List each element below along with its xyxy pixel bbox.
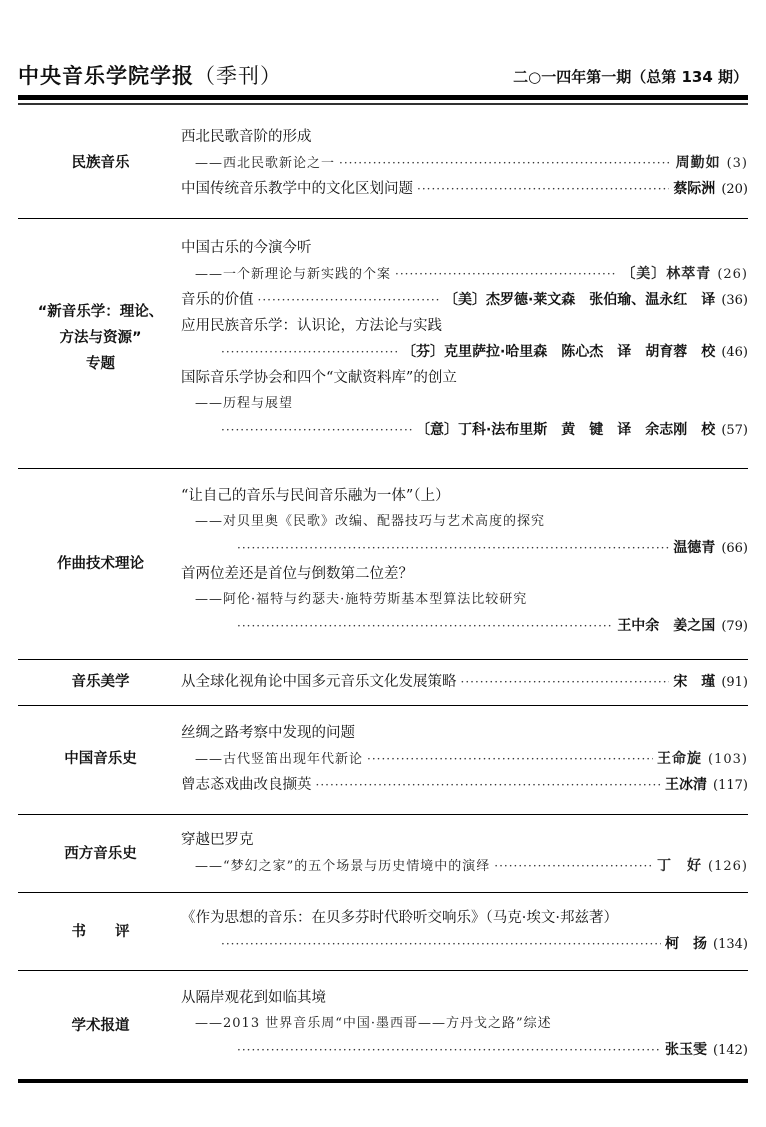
entry-title[interactable]: 从隔岸观花到如临其境 <box>181 985 748 1011</box>
subtitle-text: ——历程与展望 <box>195 396 293 411</box>
section-label: 音乐美学 <box>18 671 183 693</box>
page-number: (36) <box>721 288 748 314</box>
toc-entry[interactable]: 〔意〕丁科·法布里斯 黄 键 译 余志刚 校(57) <box>181 417 748 443</box>
leader-dots <box>258 287 440 313</box>
toc-entry[interactable]: 从全球化视角论中国多元音乐文化发展策略宋 瑾(91) <box>181 669 748 695</box>
page-number: (3) <box>727 151 748 177</box>
entry-title[interactable]: 中国古乐的今演今听 <box>181 235 748 261</box>
toc-entry[interactable]: 音乐的价值〔美〕杰罗德·莱文森 张伯瑜、温永红 译(36) <box>181 287 748 313</box>
leader-dots <box>316 772 662 798</box>
title-text: 《作为思想的音乐：在贝多芬时代聆听交响乐》（马克·埃文·邦兹著） <box>181 910 618 926</box>
leader-dots <box>339 150 672 176</box>
journal-name: 中央音乐学院学报 <box>18 64 194 88</box>
leader-dots <box>395 261 617 287</box>
section-label-line: “新音乐学：理论、 <box>18 299 183 325</box>
entry-title[interactable]: “让自己的音乐与民间音乐融为一体”（上） <box>181 483 748 509</box>
page-number: (91) <box>721 670 748 696</box>
leader-dots <box>237 613 613 639</box>
author: 张玉雯 <box>665 1037 707 1063</box>
section-label: 民族音乐 <box>18 152 183 174</box>
toc-entry[interactable]: 〔芬〕克里萨拉·哈里森 陈心杰 译 胡育蓉 校(46) <box>181 339 748 365</box>
subtitle-text: ——一个新理论与新实践的个案 <box>195 262 391 288</box>
leader-dots <box>221 931 661 957</box>
author: 温德青 <box>673 535 715 561</box>
entry-subtitle[interactable]: ——对贝里奥《民歌》改编、配器技巧与艺术高度的探究 <box>181 509 748 535</box>
section-music-aesthetics: 音乐美学 从全球化视角论中国多元音乐文化发展策略宋 瑾(91) <box>18 660 748 706</box>
author: 柯 扬 <box>665 931 707 957</box>
entry-title[interactable]: 丝绸之路考察中发现的问题 <box>181 720 748 746</box>
leader-dots <box>494 853 653 879</box>
toc-entry[interactable]: ——一个新理论与新实践的个案〔美〕林萃青(26) <box>181 261 748 287</box>
page-number: (134) <box>713 932 748 958</box>
section-composition-theory: 作曲技术理论 “让自己的音乐与民间音乐融为一体”（上） ——对贝里奥《民歌》改编… <box>18 469 748 660</box>
entry-title[interactable]: 穿越巴罗克 <box>181 827 748 853</box>
section-label-line: 专题 <box>18 351 183 377</box>
section-academic-reports: 学术报道 从隔岸观花到如临其境 ——2013 世界音乐周“中国·墨西哥——方丹戈… <box>18 971 748 1083</box>
entry-subtitle[interactable]: ——阿伦·福特与约瑟夫·施特劳斯基本型算法比较研究 <box>181 587 748 613</box>
toc-entry[interactable]: 柯 扬(134) <box>181 931 748 957</box>
entry-subtitle[interactable]: ——2013 世界音乐周“中国·墨西哥——方丹戈之路”综述 <box>181 1011 748 1037</box>
page-number: (126) <box>708 854 748 880</box>
leader-dots <box>221 339 398 365</box>
page-number: (20) <box>721 177 748 203</box>
title-text: 丝绸之路考察中发现的问题 <box>181 725 355 741</box>
subtitle-text: ——阿伦·福特与约瑟夫·施特劳斯基本型算法比较研究 <box>195 592 527 607</box>
author: 蔡际洲 <box>673 176 715 202</box>
section-label: 书 评 <box>18 921 183 943</box>
title-text: 首两位差还是首位与倒数第二位差？ <box>181 566 413 582</box>
page-number: (46) <box>721 340 748 366</box>
toc-entry[interactable]: 曾志忞戏曲改良撷英王冰清(117) <box>181 772 748 798</box>
section-entries: 从隔岸观花到如临其境 ——2013 世界音乐周“中国·墨西哥——方丹戈之路”综述… <box>181 985 748 1063</box>
section-entries: 《作为思想的音乐：在贝多芬时代聆听交响乐》（马克·埃文·邦兹著） 柯 扬(134… <box>181 905 748 957</box>
entry-subtitle[interactable]: ——历程与展望 <box>181 391 748 417</box>
leader-dots <box>221 417 412 443</box>
page-number: (142) <box>713 1038 748 1064</box>
author: 王命旋 <box>657 746 702 772</box>
subtitle-text: ——“梦幻之家”的五个场景与历史情境中的演绎 <box>195 854 490 880</box>
issue-number: 二○一四年第一期（总第 134 期） <box>513 66 748 87</box>
leader-dots <box>417 176 669 202</box>
section-entries: 中国古乐的今演今听 ——一个新理论与新实践的个案〔美〕林萃青(26) 音乐的价值… <box>181 235 748 443</box>
section-entries: 穿越巴罗克 ——“梦幻之家”的五个场景与历史情境中的演绎丁 好(126) <box>181 827 748 879</box>
page-header: 中央音乐学院学报（季刊） 二○一四年第一期（总第 134 期） <box>18 60 748 90</box>
entry-title[interactable]: 应用民族音乐学：认识论，方法论与实践 <box>181 313 748 339</box>
author: 王中余 姜之国 <box>617 613 715 639</box>
section-label: 作曲技术理论 <box>18 553 183 575</box>
author: 〔美〕杰罗德·莱文森 张伯瑜、温永红 译 <box>444 287 715 313</box>
section-label-line: 方法与资源” <box>18 325 183 351</box>
section-label: “新音乐学：理论、 方法与资源” 专题 <box>18 299 183 377</box>
author: 丁 好 <box>657 853 702 879</box>
toc-entry[interactable]: ——古代竖笛出现年代新论王命旋(103) <box>181 746 748 772</box>
section-book-review: 书 评 《作为思想的音乐：在贝多芬时代聆听交响乐》（马克·埃文·邦兹著） 柯 扬… <box>18 893 748 971</box>
title-text: 国际音乐学协会和四个“文献资料库”的创立 <box>181 370 457 386</box>
author: 〔意〕丁科·法布里斯 黄 键 译 余志刚 校 <box>416 417 715 443</box>
page-number: (79) <box>721 614 748 640</box>
title-text: 音乐的价值 <box>181 287 254 313</box>
header-rule-thin <box>18 103 748 105</box>
subtitle-text: ——古代竖笛出现年代新论 <box>195 747 363 773</box>
toc-entry[interactable]: 张玉雯(142) <box>181 1037 748 1063</box>
toc-entry[interactable]: 中国传统音乐教学中的文化区划问题蔡际洲(20) <box>181 176 748 202</box>
section-ethnomusicology: 民族音乐 西北民歌音阶的形成 ——西北民歌新论之一周勤如(3) 中国传统音乐教学… <box>18 108 748 219</box>
page-number: (66) <box>721 536 748 562</box>
toc-entry[interactable]: 温德青(66) <box>181 535 748 561</box>
page-number: (57) <box>721 418 748 444</box>
title-text: 从全球化视角论中国多元音乐文化发展策略 <box>181 669 457 695</box>
leader-dots <box>461 669 670 695</box>
subtitle-text: ——对贝里奥《民歌》改编、配器技巧与艺术高度的探究 <box>195 514 545 529</box>
page-number: (117) <box>713 773 748 799</box>
title-text: 从隔岸观花到如临其境 <box>181 990 326 1006</box>
journal-title: 中央音乐学院学报（季刊） <box>18 60 282 90</box>
section-label: 西方音乐史 <box>18 843 183 865</box>
title-text: 西北民歌音阶的形成 <box>181 129 312 145</box>
leader-dots <box>367 746 653 772</box>
toc-entry[interactable]: ——西北民歌新论之一周勤如(3) <box>181 150 748 176</box>
entry-title[interactable]: 西北民歌音阶的形成 <box>181 124 748 150</box>
leader-dots <box>237 1037 661 1063</box>
page-number: (26) <box>717 262 748 288</box>
author: 〔美〕林萃青 <box>621 261 711 287</box>
subtitle-text: ——西北民歌新论之一 <box>195 151 335 177</box>
author: 宋 瑾 <box>673 669 715 695</box>
entry-title[interactable]: 国际音乐学协会和四个“文献资料库”的创立 <box>181 365 748 391</box>
toc-entry[interactable]: 王中余 姜之国(79) <box>181 613 748 639</box>
author: 周勤如 <box>676 150 721 176</box>
title-text: “让自己的音乐与民间音乐融为一体”（上） <box>181 488 450 504</box>
section-entries: 从全球化视角论中国多元音乐文化发展策略宋 瑾(91) <box>181 669 748 695</box>
header-rule-thick <box>18 95 748 100</box>
section-western-music-history: 西方音乐史 穿越巴罗克 ——“梦幻之家”的五个场景与历史情境中的演绎丁 好(12… <box>18 815 748 893</box>
section-new-musicology-special: “新音乐学：理论、 方法与资源” 专题 中国古乐的今演今听 ——一个新理论与新实… <box>18 219 748 469</box>
section-chinese-music-history: 中国音乐史 丝绸之路考察中发现的问题 ——古代竖笛出现年代新论王命旋(103) … <box>18 706 748 815</box>
title-text: 应用民族音乐学：认识论，方法论与实践 <box>181 318 442 334</box>
author: 〔芬〕克里萨拉·哈里森 陈心杰 译 胡育蓉 校 <box>402 339 715 365</box>
subtitle-text: ——2013 世界音乐周“中国·墨西哥——方丹戈之路”综述 <box>195 1016 552 1031</box>
leader-dots <box>237 535 669 561</box>
entry-title[interactable]: 《作为思想的音乐：在贝多芬时代聆听交响乐》（马克·埃文·邦兹著） <box>181 905 748 931</box>
title-text: 曾志忞戏曲改良撷英 <box>181 772 312 798</box>
section-entries: 丝绸之路考察中发现的问题 ——古代竖笛出现年代新论王命旋(103) 曾志忞戏曲改… <box>181 720 748 798</box>
title-text: 中国古乐的今演今听 <box>181 240 312 256</box>
toc-entry[interactable]: ——“梦幻之家”的五个场景与历史情境中的演绎丁 好(126) <box>181 853 748 879</box>
section-entries: 西北民歌音阶的形成 ——西北民歌新论之一周勤如(3) 中国传统音乐教学中的文化区… <box>181 124 748 202</box>
section-label: 中国音乐史 <box>18 748 183 770</box>
title-text: 中国传统音乐教学中的文化区划问题 <box>181 176 413 202</box>
section-label: 学术报道 <box>18 1015 183 1037</box>
title-text: 穿越巴罗克 <box>181 832 254 848</box>
author: 王冰清 <box>665 772 707 798</box>
page-number: (103) <box>708 747 748 773</box>
journal-subtitle: （季刊） <box>194 64 282 88</box>
section-entries: “让自己的音乐与民间音乐融为一体”（上） ——对贝里奥《民歌》改编、配器技巧与艺… <box>181 483 748 639</box>
entry-title[interactable]: 首两位差还是首位与倒数第二位差？ <box>181 561 748 587</box>
